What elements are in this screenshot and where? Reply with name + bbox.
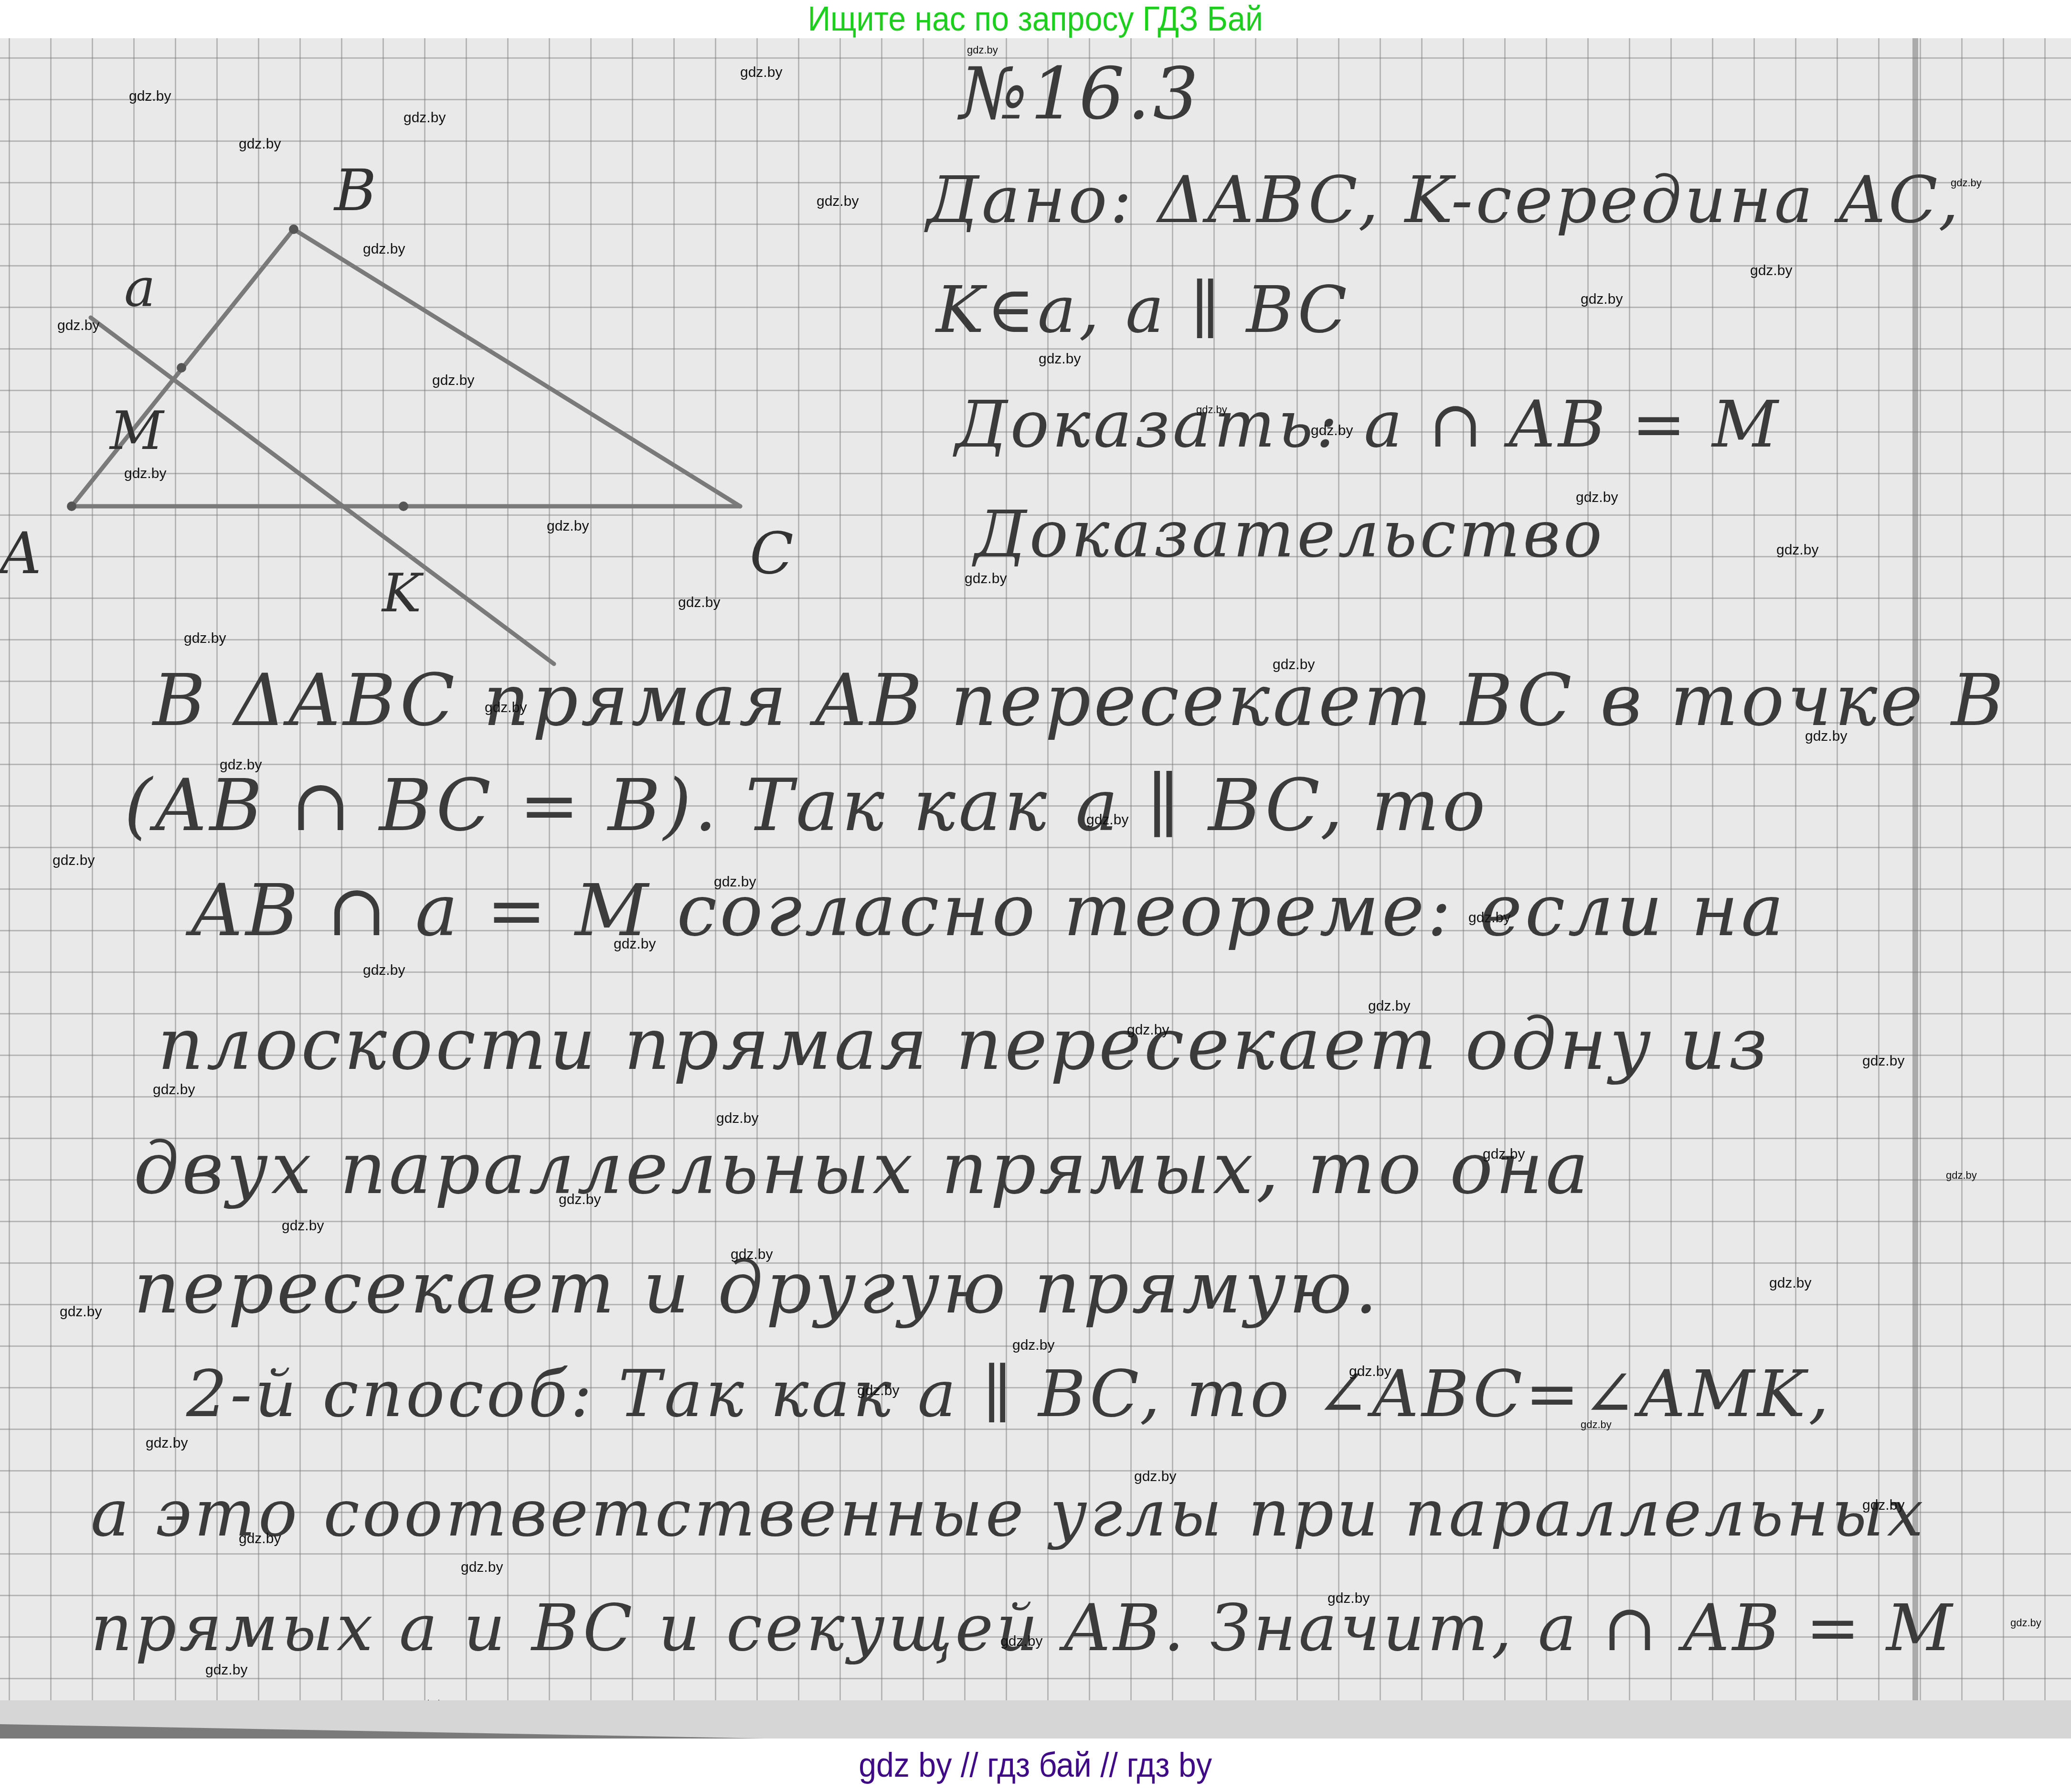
watermark: gdz.by: [817, 193, 859, 210]
label-b: B: [333, 158, 376, 224]
watermark: gdz.by: [967, 44, 998, 56]
watermark: gdz.by: [547, 518, 589, 534]
point-m: [177, 363, 186, 373]
watermark: gdz.by: [1012, 1337, 1054, 1354]
margin-line: [1912, 38, 1918, 1700]
given-line-2: K∈a, a ∥ BC: [936, 272, 1350, 347]
watermark: gdz.by: [1951, 177, 1982, 189]
watermark: gdz.by: [1134, 1469, 1176, 1485]
watermark: gdz.by: [1368, 998, 1410, 1014]
task-number: №16.3: [960, 53, 1201, 136]
watermark: gdz.by: [404, 110, 446, 126]
watermark: gdz.by: [1468, 910, 1510, 926]
notebook-scan: B a M A K C №16.3 Дано: ΔABC, K-середина…: [0, 38, 2071, 1739]
given-line-1: Дано: ΔABC, K-середина AC,: [926, 162, 1962, 237]
point-k: [399, 501, 408, 511]
watermark: gdz.by: [678, 595, 720, 611]
watermark: gdz.by: [146, 1435, 188, 1451]
label-k: K: [381, 563, 424, 624]
proof-line: В ΔABC прямая AB пересекает BC в точке B: [153, 659, 2007, 742]
side-bc: [294, 229, 740, 506]
watermark: gdz.by: [239, 1531, 281, 1547]
watermark: gdz.by: [1862, 1053, 1904, 1069]
label-m: M: [109, 400, 165, 461]
point-b: [289, 224, 298, 234]
proof-line: AB ∩ a = M согласно теореме: если на: [191, 869, 1786, 952]
watermark: gdz.by: [282, 1218, 324, 1234]
proof-line: (AB ∩ BC = B). Так как a ∥ BC, то: [124, 764, 1488, 847]
watermark: gdz.by: [184, 630, 226, 647]
watermark: gdz.by: [1311, 423, 1353, 439]
watermark: gdz.by: [614, 936, 656, 952]
footer-text: gdz by // гдз бай // гдз by: [859, 1746, 1212, 1785]
watermark: gdz.by: [1862, 1497, 1904, 1514]
watermark: gdz.by: [485, 700, 527, 716]
watermark: gdz.by: [1328, 1590, 1370, 1607]
triangle-diagram: B a M A K C: [0, 38, 860, 707]
watermark: gdz.by: [124, 466, 166, 482]
watermark: gdz.by: [1769, 1275, 1811, 1291]
watermark: gdz.by: [1576, 490, 1618, 506]
watermark: gdz.by: [1086, 812, 1128, 828]
watermark: gdz.by: [220, 757, 262, 773]
watermark: gdz.by: [1039, 351, 1081, 367]
watermark: gdz.by: [1805, 728, 1847, 745]
watermark: gdz.by: [1946, 1169, 1977, 1182]
watermark: gdz.by: [363, 962, 405, 979]
watermark: gdz.by: [1273, 657, 1315, 673]
watermark: gdz.by: [1581, 1419, 1612, 1431]
watermark: gdz.by: [129, 88, 171, 105]
label-c: C: [750, 521, 794, 587]
watermark: gdz.by: [1349, 1364, 1391, 1380]
point-a: [67, 501, 76, 511]
watermark: gdz.by: [1127, 1022, 1169, 1038]
watermark: gdz.by: [857, 1383, 899, 1399]
watermark: gdz.by: [731, 1247, 773, 1263]
watermark: gdz.by: [716, 1110, 758, 1127]
watermark: gdz.by: [57, 318, 99, 334]
prove-statement: Доказать: a ∩ AB = M: [955, 387, 1781, 462]
watermark: gdz.by: [60, 1304, 102, 1320]
watermark: gdz.by: [432, 373, 474, 389]
watermark: gdz.by: [1483, 1146, 1525, 1163]
line-a: [91, 318, 554, 664]
watermark: gdz.by: [53, 853, 95, 869]
watermark: gdz.by: [1000, 1633, 1042, 1650]
watermark: gdz.by: [363, 241, 405, 257]
watermark: gdz.by: [461, 1559, 503, 1576]
watermark: gdz.by: [205, 1662, 247, 1678]
watermark: gdz.by: [1776, 542, 1818, 558]
top-banner: Ищите нас по запросу ГДЗ Бай: [0, 0, 2071, 38]
watermark: gdz.by: [2010, 1617, 2041, 1629]
label-a: A: [0, 521, 42, 587]
watermark: gdz.by: [740, 64, 782, 81]
watermark: gdz.by: [559, 1192, 601, 1208]
proof-heading: Доказательство: [974, 497, 1605, 572]
proof-line: а это соответственные углы при параллель…: [91, 1476, 1926, 1551]
label-a-line: a: [124, 257, 156, 318]
banner-text: Ищите нас по запросу ГДЗ Бай: [808, 0, 1263, 38]
scan-shadow: [0, 1724, 764, 1739]
watermark: gdz.by: [239, 136, 281, 152]
watermark: gdz.by: [965, 571, 1007, 587]
watermark: gdz.by: [153, 1082, 195, 1098]
proof-line: плоскости прямая пересекает одну из: [158, 1003, 1771, 1086]
watermark: gdz.by: [714, 874, 756, 890]
footer-banner: gdz by // гдз бай // гдз by: [0, 1739, 2071, 1792]
watermark: gdz.by: [1196, 404, 1227, 416]
proof-line: двух параллельных прямых, то она: [134, 1127, 1592, 1210]
proof-line: прямых a и BC и секущей AB. Значит, a ∩ …: [91, 1590, 1955, 1665]
watermark: gdz.by: [1581, 291, 1623, 308]
watermark: gdz.by: [1750, 263, 1792, 279]
